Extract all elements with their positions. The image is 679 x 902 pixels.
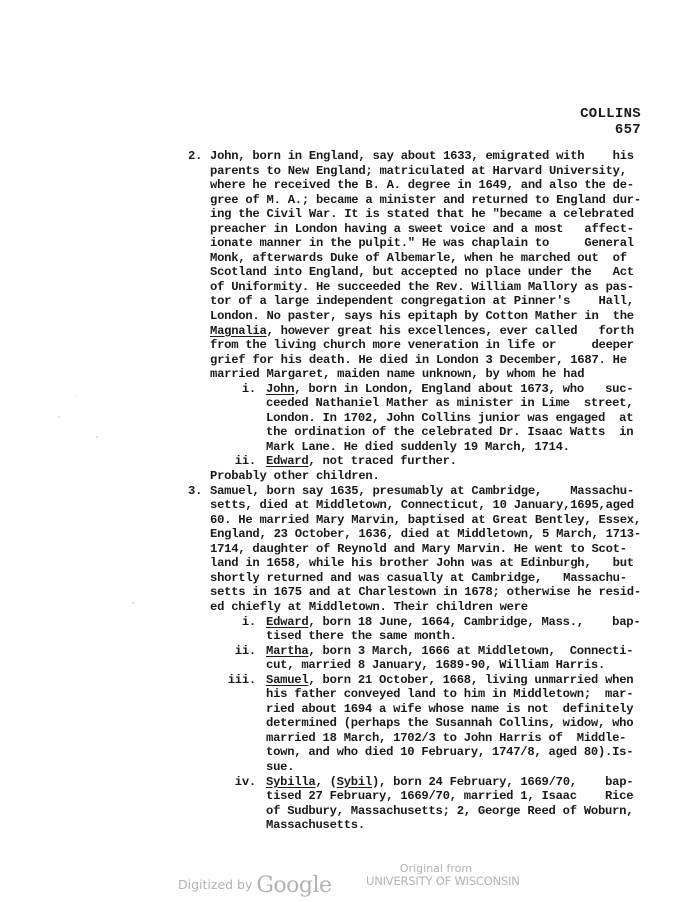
text-segment: ), born 24 February, 1669/70, bap- [372, 775, 633, 789]
text-line: Samuel, born 21 October, 1668, living un… [188, 673, 664, 688]
text-line: London. No paster, says his epitaph by C… [188, 309, 664, 324]
child-name: Martha [266, 644, 308, 658]
child-numeral: i. [188, 382, 256, 397]
child-name: Sybilla [266, 775, 315, 789]
child-numeral: i. [188, 615, 256, 630]
child-numeral: iv. [188, 775, 256, 790]
text-line: ed chiefly at Middletown. Their children… [188, 600, 664, 615]
text-segment: , born in London, England about 1673, wh… [294, 382, 633, 396]
text-line: setts, died at Middletown, Connecticut, … [188, 498, 664, 513]
child-name: Edward [266, 615, 308, 629]
text-line: Scotland into England, but accepted no p… [188, 265, 664, 280]
text-line: ing the Civil War. It is stated that he … [188, 207, 664, 222]
text-segment: , born 21 October, 1668, living unmarrie… [308, 673, 633, 687]
child-sybilla: iv. Sybilla, (Sybil), born 24 February, … [188, 775, 664, 833]
text-line: married 18 March, 1702/3 to John Harris … [188, 731, 664, 746]
text-segment: , ( [315, 775, 336, 789]
scan-speck [75, 395, 76, 396]
page-number: 657 [580, 122, 641, 138]
text-line: ceeded Nathaniel Mather as minister in L… [188, 396, 664, 411]
text-line: Martha, born 3 March, 1666 at Middletown… [188, 644, 664, 659]
text-line: parents to New England; matriculated at … [188, 164, 664, 179]
entry-john: 2. John, born in England, say about 1633… [188, 149, 664, 484]
digitization-footer: Digitized by Google Original from UNIVER… [0, 860, 679, 900]
child-name: Edward [266, 454, 308, 468]
text-line: Edward, not traced further. [188, 454, 664, 469]
text-line: London. In 1702, John Collins junior was… [188, 411, 664, 426]
child-alt-name: Sybil [337, 775, 372, 789]
text-line: town, and who died 10 February, 1747/8, … [188, 745, 664, 760]
child-martha: ii. Martha, born 3 March, 1666 at Middle… [188, 644, 664, 673]
text-line: Edward, born 18 June, 1664, Cambridge, M… [188, 615, 664, 630]
text-line: of Uniformity. He succeeded the Rev. Wil… [188, 280, 664, 295]
text-line: England, 23 October, 1636, died at Middl… [188, 527, 664, 542]
google-logo: Google [256, 873, 331, 898]
text-line: land in 1658, while his brother John was… [188, 556, 664, 571]
note-line: Probably other children. [188, 469, 664, 484]
text-segment: , not traced further. [308, 454, 456, 468]
scan-speck [96, 436, 98, 438]
text-line: where he received the B. A. degree in 16… [188, 178, 664, 193]
text-line: sue. [188, 760, 664, 775]
digitized-prefix: Digitized by [178, 877, 252, 892]
running-head-surname: COLLINS [580, 106, 641, 122]
text-line: ionate manner in the pulpit." He was cha… [188, 236, 664, 251]
scan-speck [132, 602, 134, 604]
child-edward: ii. Edward, not traced further. [188, 454, 664, 469]
text-line: 1714, daughter of Reynold and Mary Marvi… [188, 542, 664, 557]
child-edward-2: i. Edward, born 18 June, 1664, Cambridge… [188, 615, 664, 644]
text-segment: , born 18 June, 1664, Cambridge, Mass., … [308, 615, 640, 629]
text-line: tor of a large independent congregation … [188, 294, 664, 309]
text-line: his father conveyed land to him in Middl… [188, 687, 664, 702]
text-line: John, born in England, say about 1633, e… [188, 149, 664, 164]
child-numeral: iii. [188, 673, 256, 688]
text-line: from the living church more veneration i… [188, 338, 664, 353]
child-numeral: ii. [188, 644, 256, 659]
text-line: 60. He married Mary Marvin, baptised at … [188, 513, 664, 528]
entry-number: 2. [188, 149, 202, 164]
page-header: COLLINS 657 [580, 106, 641, 138]
text-line: the ordination of the celebrated Dr. Isa… [188, 425, 664, 440]
text-line: grief for his death. He died in London 3… [188, 353, 664, 368]
text-line: Monk, afterwards Duke of Albemarle, when… [188, 251, 664, 266]
genealogy-text: 2. John, born in England, say about 1633… [188, 149, 664, 833]
text-line: preacher in London having a sweet voice … [188, 222, 664, 237]
text-line: Sybilla, (Sybil), born 24 February, 1669… [188, 775, 664, 790]
text-line: Mark Lane. He died suddenly 19 March, 17… [188, 440, 664, 455]
text-line-magnalia: Magnalia, however great his excellences,… [188, 324, 664, 339]
text-line: of Sudbury, Massachusetts; 2, George Ree… [188, 804, 664, 819]
digitized-by-label: Digitized by Google [178, 870, 332, 895]
text-line: Samuel, born say 1635, presumably at Cam… [188, 484, 664, 499]
child-john: i. John, born in London, England about 1… [188, 382, 664, 455]
child-numeral: ii. [188, 454, 256, 469]
text-line: Massachusetts. [188, 818, 664, 833]
text-line: determined (perhaps the Susannah Collins… [188, 716, 664, 731]
document-page: COLLINS 657 2. John, born in England, sa… [0, 0, 679, 902]
scan-speck [58, 416, 60, 418]
child-name: John [266, 382, 294, 396]
entry-samuel: 3. Samuel, born say 1635, presumably at … [188, 484, 664, 833]
original-institution: UNIVERSITY OF WISCONSIN [366, 875, 506, 888]
text-segment: , born 3 March, 1666 at Middletown, Conn… [308, 644, 633, 658]
underlined-title: Magnalia [210, 324, 267, 338]
text-line: married Margaret, maiden name unknown, b… [188, 367, 664, 382]
text-line: cut, married 8 January, 1689-90, William… [188, 658, 664, 673]
original-source: Original from UNIVERSITY OF WISCONSIN [366, 862, 506, 888]
child-name: Samuel [266, 673, 308, 687]
text-line: shortly returned and was casually at Cam… [188, 571, 664, 586]
entry-number: 3. [188, 484, 202, 499]
text-line: John, born in London, England about 1673… [188, 382, 664, 397]
text-line: tised there the same month. [188, 629, 664, 644]
text-line: gree of M. A.; became a minister and ret… [188, 193, 664, 208]
text-line: tised 27 February, 1669/70, married 1, I… [188, 789, 664, 804]
child-samuel: iii. Samuel, born 21 October, 1668, livi… [188, 673, 664, 775]
text-line: ried about 1694 a wife whose name is not… [188, 702, 664, 717]
text-line: setts in 1675 and at Charlestown in 1678… [188, 585, 664, 600]
